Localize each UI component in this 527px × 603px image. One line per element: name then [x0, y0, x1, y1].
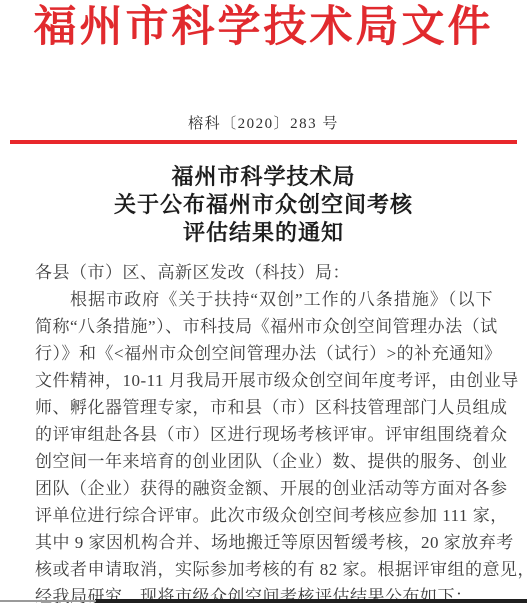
- body-line: 文件精神，10-11 月我局开展市级众创空间年度考评，由创业导: [35, 367, 493, 394]
- red-divider-line: [10, 140, 517, 144]
- document-page: 福州市科学技术局文件 榕科〔2020〕283 号 福州市科学技术局 关于公布福州…: [0, 0, 527, 603]
- body-line: 的评审组赴各县（市）区进行现场考核评审。评审组围绕着众: [35, 421, 493, 448]
- body-line: 行）》和《<福州市众创空间管理办法（试行）>的补充通知》: [35, 340, 493, 367]
- body-text: 各县（市）区、高新区发改（科技）局： 根据市政府《关于扶持“双创”工作的八条措施…: [35, 259, 493, 603]
- body-line: 团队（企业）获得的融资金额、开展的创业活动等方面对各参: [35, 475, 493, 502]
- body-paragraph: 根据市政府《关于扶持“双创”工作的八条措施》（以下简称“八条措施”）、市科技局《…: [35, 286, 493, 603]
- notice-title-line: 评估结果的通知: [0, 219, 527, 247]
- scan-shadow-dark: [95, 599, 527, 603]
- notice-title-line: 关于公布福州市众创空间考核: [0, 191, 527, 219]
- body-line: 简称“八条措施”）、市科技局《福州市众创空间管理办法（试: [35, 313, 493, 340]
- scan-shadow-light: [0, 600, 96, 602]
- body-line: 评单位进行综合评审。此次市级众创空间考核应参加 111 家，: [35, 502, 493, 529]
- body-line: 核或者申请取消，实际参加考核的有 82 家。根据评审组的意见，: [35, 556, 493, 583]
- notice-title-line: 福州市科学技术局: [0, 163, 527, 191]
- body-line: 师、孵化器管理专家，市和县（市）区科技管理部门人员组成: [35, 394, 493, 421]
- notice-title: 福州市科学技术局 关于公布福州市众创空间考核 评估结果的通知: [0, 163, 527, 247]
- letterhead-title: 福州市科学技术局文件: [0, 0, 527, 53]
- salutation-line: 各县（市）区、高新区发改（科技）局：: [35, 259, 493, 286]
- body-line: 创空间一年来培育的创业团队（企业）数、提供的服务、创业: [35, 448, 493, 475]
- body-line: 根据市政府《关于扶持“双创”工作的八条措施》（以下: [35, 286, 493, 313]
- document-number: 榕科〔2020〕283 号: [0, 114, 527, 134]
- body-line: 其中 9 家因机构合并、场地搬迁等原因暂缓考核，20 家放弃考: [35, 529, 493, 556]
